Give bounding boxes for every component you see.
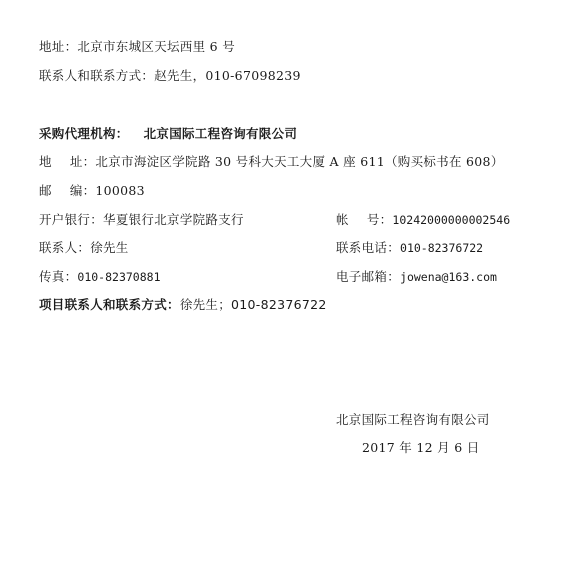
- owner-contact-line: 联系人和联系方式：赵先生，010-67098239: [39, 68, 301, 84]
- owner-contact-value: 赵先生，010-67098239: [154, 68, 301, 83]
- agency-phone-line: 联系电话：010-82376722: [336, 240, 483, 256]
- agency-account-label: 帐: [336, 212, 349, 227]
- agency-contact-person-value: 徐先生: [90, 240, 128, 255]
- agency-bank-label: 开户银行：: [39, 212, 103, 227]
- project-contact-line: 项目联系人和联系方式：徐先生；010-82376722: [39, 297, 327, 313]
- agency-email-line: 电子邮箱：jowena@163.com: [336, 269, 497, 285]
- agency-heading-value: 北京国际工程咨询有限公司: [144, 126, 298, 141]
- agency-contact-person-line: 联系人：徐先生: [39, 240, 129, 256]
- agency-heading-label: 采购代理机构：: [39, 126, 129, 141]
- owner-contact-label: 联系人和联系方式：: [39, 68, 154, 83]
- agency-fax-value: 010-82370881: [77, 270, 160, 284]
- agency-contact-person-label: 联系人：: [39, 240, 90, 255]
- agency-email-value: jowena@163.com: [400, 270, 497, 284]
- agency-address-label: 地: [39, 154, 52, 169]
- owner-address-label: 地址：: [39, 39, 77, 54]
- agency-fax-label: 传真：: [39, 269, 77, 284]
- project-contact-value: 徐先生；010-82376722: [180, 297, 327, 312]
- signature-date: 2017 年 12 月 6 日: [362, 440, 480, 456]
- agency-phone-label: 联系电话：: [336, 240, 400, 255]
- agency-postcode-line: 邮编：100083: [39, 183, 145, 199]
- signature-company: 北京国际工程咨询有限公司: [336, 412, 490, 428]
- agency-address-value: 北京市海淀区学院路 30 号科大天工大厦 A 座 611（购买标书在 608）: [95, 154, 503, 169]
- agency-fax-line: 传真：010-82370881: [39, 269, 161, 285]
- agency-postcode-value: 100083: [95, 183, 145, 198]
- agency-bank-line: 开户银行：华夏银行北京学院路支行: [39, 212, 244, 228]
- owner-address-line: 地址：北京市东城区天坛西里 6 号: [39, 39, 235, 55]
- agency-heading-line: 采购代理机构：北京国际工程咨询有限公司: [39, 126, 297, 142]
- agency-phone-value: 010-82376722: [400, 241, 483, 255]
- agency-bank-value: 华夏银行北京学院路支行: [103, 212, 244, 227]
- agency-email-label: 电子邮箱：: [336, 269, 400, 284]
- agency-account-line: 帐号：10242000000002546: [336, 212, 510, 228]
- agency-postcode-label: 邮: [39, 183, 52, 198]
- project-contact-label: 项目联系人和联系方式：: [39, 297, 180, 312]
- agency-account-value: 10242000000002546: [392, 213, 510, 227]
- agency-address-line: 地址：北京市海淀区学院路 30 号科大天工大厦 A 座 611（购买标书在 60…: [39, 154, 504, 170]
- owner-address-value: 北京市东城区天坛西里 6 号: [77, 39, 235, 54]
